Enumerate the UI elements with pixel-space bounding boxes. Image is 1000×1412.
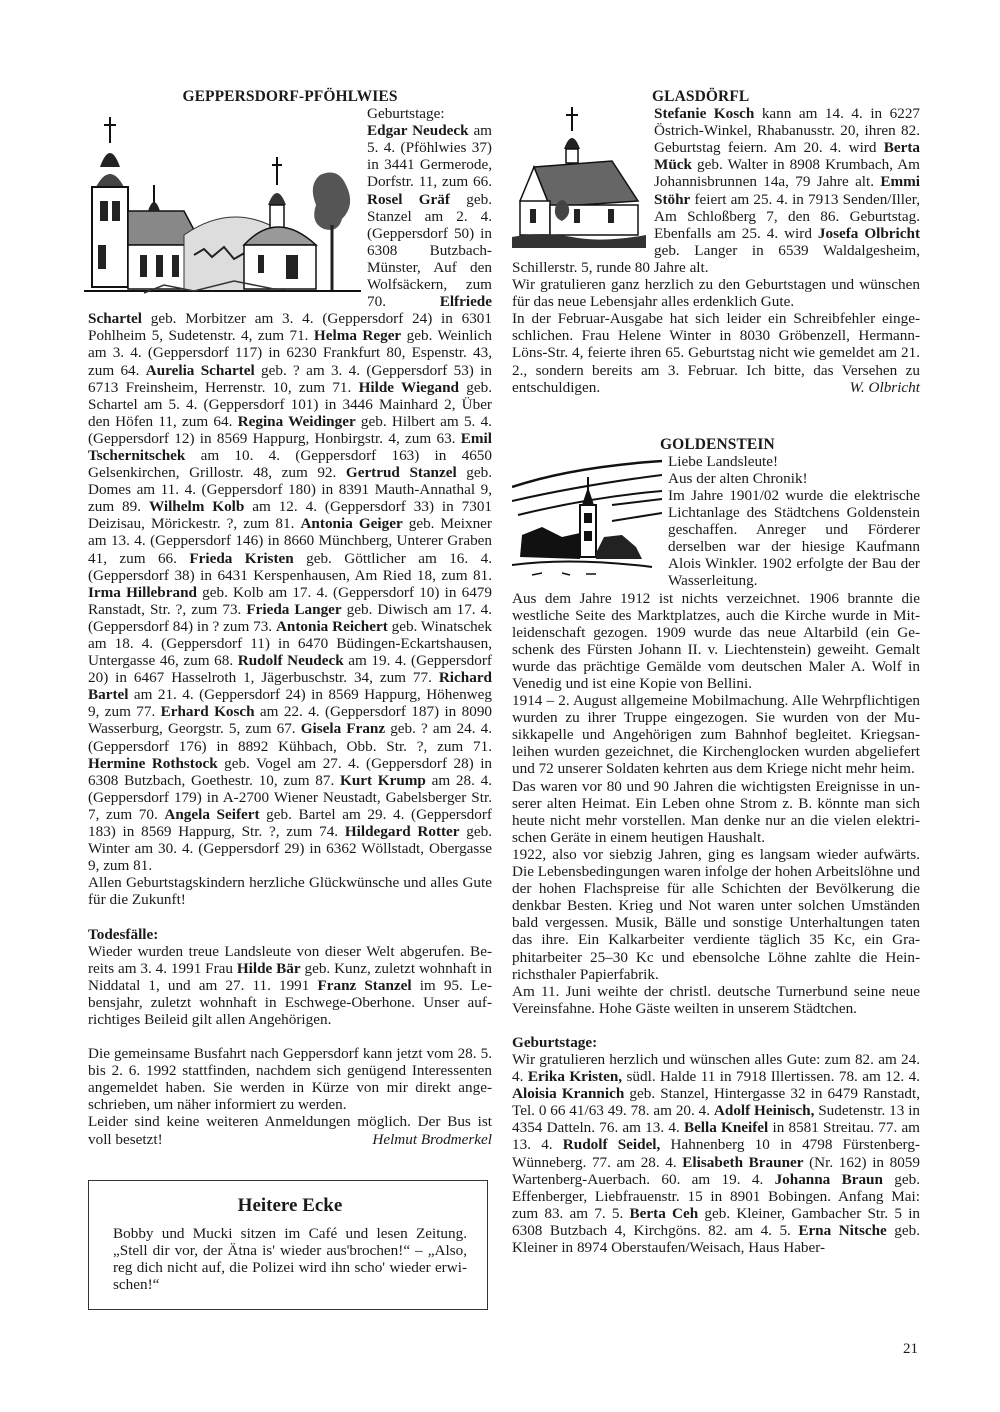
person-name: Rudolf Seidel, [563, 1136, 661, 1153]
signature-olbricht: W. Olbricht [850, 379, 920, 396]
goldenstein-birthdays: Wir gratulieren herzlich und wünschen al… [512, 1051, 920, 1256]
person-name: Wilhelm Kolb [149, 498, 244, 515]
person-name: Adolf Heinisch, [714, 1102, 814, 1119]
goldenstein-paragraph-2: Aus dem Jahre 1912 ist nichts verzeichne… [512, 590, 920, 693]
birthday-closing: Allen Geburtstagskindern herzliche Glück… [88, 874, 492, 908]
person-name: Josefa Olbricht [818, 225, 920, 242]
person-name: Edgar Neudeck [367, 122, 469, 139]
signature-brodmerkel: Helmut Brodmerkel [372, 1131, 492, 1148]
humor-box-title: Heitere Ecke [113, 1195, 467, 1217]
section-title-glasdoerfl: GLASDÖRFL [512, 88, 920, 105]
person-name: Anto­nia Reichert [276, 618, 388, 635]
right-column: GLASDÖRFL Stefanie Kosch kann am 14. 4. … [512, 88, 920, 1256]
person-name: Erhard Kosch [161, 703, 255, 720]
person-name: Kurt Krump [340, 772, 426, 789]
section-title-geppersdorf: GEPPERSDORF-PFÖHLWIES [88, 88, 492, 105]
goldenstein-paragraph-6: Am 11. Juni weihte der christl. deutsche… [512, 983, 920, 1017]
person-name: Irma Hillebrand [88, 584, 197, 601]
glasdoerfl-congrats: Wir gratulieren ganz herzlich zu den Geb… [512, 276, 920, 310]
person-name: Erna Nit­sche [798, 1222, 886, 1239]
person-name: Hilde Wiegand [359, 379, 459, 396]
person-name: Frieda Lan­ger [246, 601, 341, 618]
page-number: 21 [903, 1341, 918, 1358]
person-name: Aure­lia Schartel [146, 362, 255, 379]
person-name: Gertrud Stanzel [346, 464, 457, 481]
humor-box-body: Bobby und Mucki sitzen im Café und lesen… [113, 1225, 467, 1293]
person-name: Helma Reger [314, 327, 401, 344]
section-title-goldenstein: GOLDENSTEIN [512, 436, 920, 453]
humor-box: Heitere Ecke Bobby und Mucki sitzen im C… [88, 1180, 488, 1310]
person-name: Hermine Rothstock [88, 755, 218, 772]
person-name: An­tonia Geiger [300, 515, 402, 532]
deaths-heading: Todesfälle: [88, 926, 492, 943]
bus-full-text: Leider sind keine weiteren Anmeldungen m… [88, 1113, 492, 1147]
deaths-text: Wieder wurden treue Landsleute von diese… [88, 943, 492, 1028]
person-name: Elisabeth Brauner [682, 1154, 803, 1171]
bus-trip-text: Die gemeinsame Busfahrt nach Geppersdorf… [88, 1045, 492, 1113]
person-name: Rudolf Neudeck [238, 652, 344, 669]
person-name: Frieda Kristen [189, 550, 293, 567]
birthdays-label: Geburtstage: [367, 105, 445, 122]
person-name: Angela Seifert [164, 806, 259, 823]
church-illustration-icon [84, 105, 361, 301]
goldenstein-paragraph-4: Das waren vor 80 und 90 Jahren die wicht… [512, 778, 920, 846]
goldenstein-paragraph-5: 1922, also vor siebzig Jahren, ging es l… [512, 846, 920, 983]
goldenstein-paragraph-3: 1914 – 2. August allgemeine Mobilmachung… [512, 692, 920, 777]
deceased-name: Hilde Bär [237, 960, 301, 977]
person-name: Hildegard Rotter [345, 823, 460, 840]
deceased-name: Franz Stanzel [317, 977, 411, 994]
person-name: Stefanie Kosch [654, 105, 754, 122]
town-illustration-icon [512, 457, 662, 582]
person-name: Aloisia Krannich [512, 1085, 624, 1102]
chapel-illustration-icon [512, 105, 646, 248]
person-name: Gisela Franz [301, 720, 385, 737]
person-name: Erika Kristen, [528, 1068, 622, 1085]
goldenstein-birthdays-heading: Geburtstage: [512, 1034, 920, 1051]
glasdoerfl-correction: In der Februar-Ausgabe hat sich leider e… [512, 310, 920, 395]
person-name: Johanna Braun [775, 1171, 883, 1188]
person-name: Rosel Gräf [367, 191, 450, 208]
person-name: Berta Ceh [630, 1205, 699, 1222]
person-name: Regina Weidinger [238, 413, 356, 430]
left-column: GEPPERSDORF-PFÖHLWIES [88, 88, 492, 1148]
person-name: Bella Kneifel [684, 1119, 768, 1136]
